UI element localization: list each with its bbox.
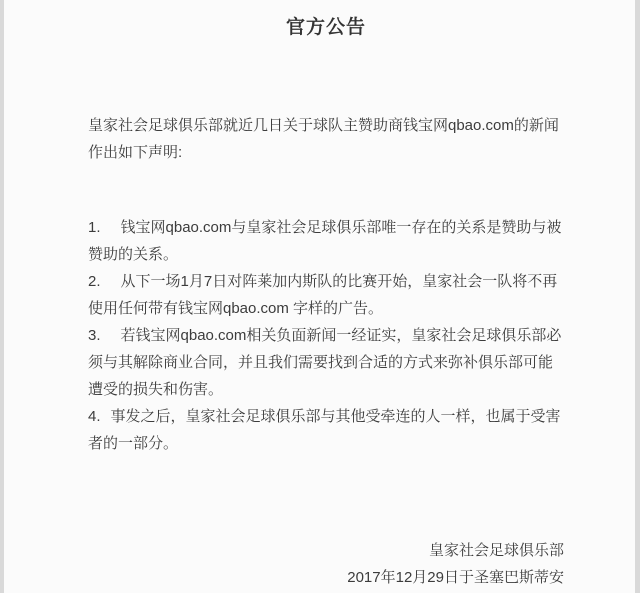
statement-list: 1.钱宝网qbao.com与皇家社会足球俱乐部唯一存在的关系是赞助与被赞助的关系…: [88, 214, 564, 457]
statement-item-3: 3.若钱宝网qbao.com相关负面新闻一经证实，皇家社会足球俱乐部必须与其解除…: [88, 322, 564, 403]
signature-name: 皇家社会足球俱乐部: [88, 537, 564, 564]
statement-number: 2.: [88, 273, 121, 290]
statement-item-2: 2.从下一场1月7日对阵莱加内斯队的比赛开始，皇家社会一队将不再使用任何带有钱宝…: [88, 268, 564, 322]
page-title: 官方公告: [88, 16, 564, 40]
statement-item-1: 1.钱宝网qbao.com与皇家社会足球俱乐部唯一存在的关系是赞助与被赞助的关系…: [88, 214, 564, 268]
statement-number: 4.: [88, 408, 111, 425]
statement-text: 若钱宝网qbao.com相关负面新闻一经证实，皇家社会足球俱乐部必须与其解除商业…: [88, 327, 561, 398]
statement-text: 从下一场1月7日对阵莱加内斯队的比赛开始，皇家社会一队将不再使用任何带有钱宝网q…: [88, 273, 557, 317]
statement-text: 钱宝网qbao.com与皇家社会足球俱乐部唯一存在的关系是赞助与被赞助的关系。: [88, 219, 561, 263]
signature-block: 皇家社会足球俱乐部 2017年12月29日于圣塞巴斯蒂安: [88, 537, 564, 591]
right-edge-border: [635, 0, 640, 593]
left-edge-border: [0, 0, 4, 593]
announcement-intro: 皇家社会足球俱乐部就近几日关于球队主赞助商钱宝网qbao.com的新闻作出如下声…: [88, 112, 564, 166]
statement-number: 3.: [88, 327, 121, 344]
signature-dateline: 2017年12月29日于圣塞巴斯蒂安: [88, 564, 564, 591]
announcement-document: 官方公告 皇家社会足球俱乐部就近几日关于球队主赞助商钱宝网qbao.com的新闻…: [88, 0, 564, 591]
statement-text: 事发之后，皇家社会足球俱乐部与其他受牵连的人一样，也属于受害者的一部分。: [88, 408, 561, 452]
announcement-page: 官方公告 皇家社会足球俱乐部就近几日关于球队主赞助商钱宝网qbao.com的新闻…: [0, 0, 640, 593]
statement-number: 1.: [88, 219, 121, 236]
statement-item-4: 4.事发之后，皇家社会足球俱乐部与其他受牵连的人一样，也属于受害者的一部分。: [88, 403, 564, 457]
